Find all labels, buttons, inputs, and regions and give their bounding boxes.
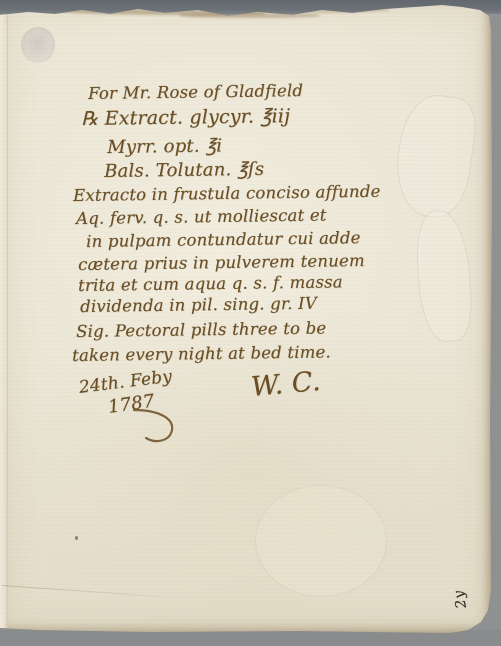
paper-repair-patch (413, 208, 474, 343)
signa-line-2: taken every night at bed time. (72, 344, 331, 364)
initials-signature: W. C. (250, 368, 322, 401)
corner-ink-mark: 2y (451, 588, 470, 609)
recipient-line: For Mr. Rose of Gladfield (88, 83, 303, 103)
ink-spot (75, 536, 78, 540)
pen-flourish-icon (128, 408, 192, 456)
photograph-background: For Mr. Rose of Gladfield ℞ Extract. gly… (0, 0, 501, 646)
underlying-leaf-edge (0, 14, 8, 628)
fold-crease (2, 585, 177, 598)
instructions-line-2: Aq. ferv. q. s. ut molliescat et (76, 208, 327, 228)
prescription-line-3: Bals. Tolutan. ℥ſs (104, 161, 264, 181)
date-line: 24th. Feby (78, 369, 173, 397)
instructions-line-5: trita et cum aqua q. s. f. massa (78, 274, 343, 294)
paper-stain (255, 485, 387, 597)
instructions-line-6: dividenda in pil. sing. gr. IV (80, 296, 317, 316)
prescription-line-rx: ℞ Extract. glycyr. ℥iij (81, 107, 290, 129)
instructions-line-4: cætera prius in pulverem tenuem (78, 253, 365, 274)
prescription-line-2: Myrr. opt. ℥i (107, 137, 222, 157)
instructions-line-1: Extracto in frustula conciso affunde (73, 184, 381, 205)
paper-repair-patch (390, 90, 480, 221)
signa-line-1: Sig. Pectoral pills three to be (76, 321, 326, 341)
blind-stamp (21, 27, 55, 63)
instructions-line-3: in pulpam contundatur cui adde (86, 230, 361, 250)
manuscript-paper: For Mr. Rose of Gladfield ℞ Extract. gly… (0, 0, 492, 633)
